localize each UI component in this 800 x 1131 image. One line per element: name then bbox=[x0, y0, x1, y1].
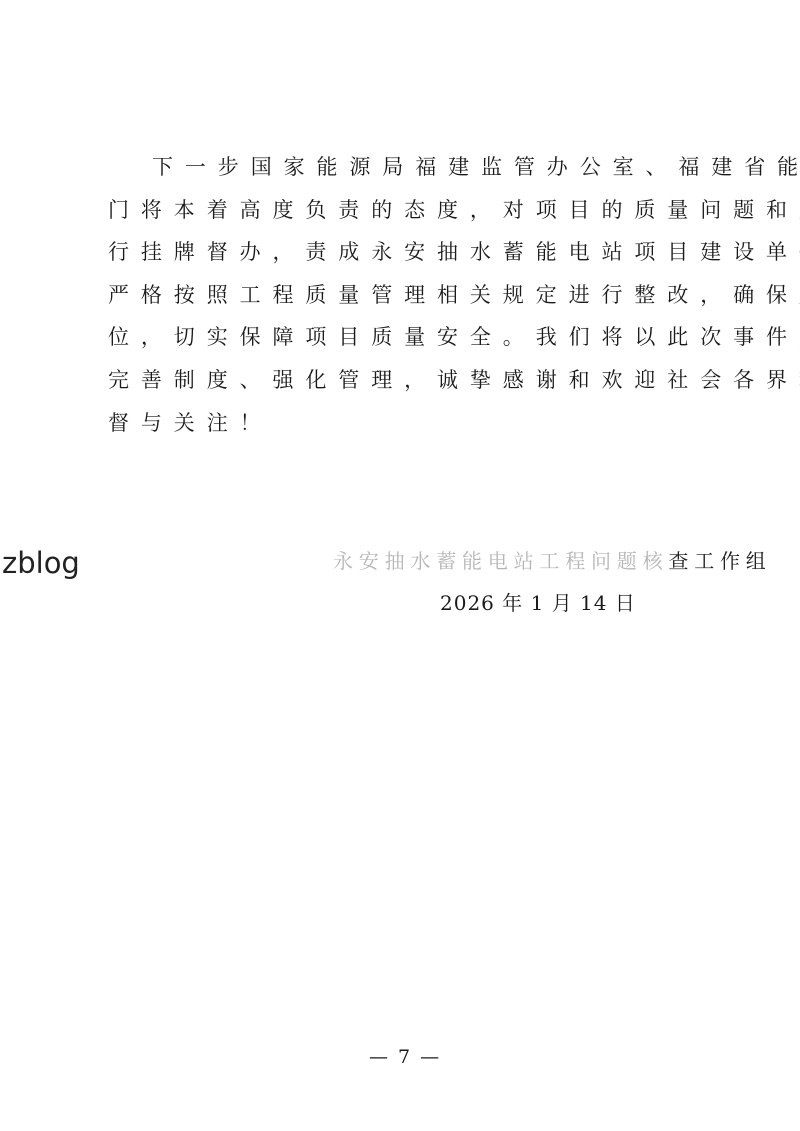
signature: 永安抽水蓄能电站工程问题核查工作组 bbox=[333, 546, 772, 576]
paragraph-line-1: 下一步国家能源局福建监管办公室、福建省能源局等相关部 bbox=[108, 146, 708, 189]
paragraph-line-5: 位，切实保障项目质量安全。我们将以此次事件为镜，持之以恒 bbox=[108, 316, 708, 359]
paragraph-line-4: 严格按照工程质量管理相关规定进行整改，确保所有问题整改到 bbox=[108, 274, 708, 317]
paragraph-line-7: 督与关注！ bbox=[108, 402, 708, 445]
signature-date: 2026 年 1 月 14 日 bbox=[440, 588, 636, 618]
paragraph-line-3: 行挂牌督办，责成永安抽水蓄能电站项目建设单位和参建单位， bbox=[108, 231, 708, 274]
page-number: — 7 — bbox=[369, 1046, 439, 1068]
paragraph-line-6: 完善制度、强化管理，诚挚感谢和欢迎社会各界和新闻媒体的监 bbox=[108, 359, 708, 402]
signature-dark-part: 查工作组 bbox=[668, 549, 771, 573]
watermark-text: zblog bbox=[2, 546, 80, 580]
paragraph-line-2: 门将本着高度负责的态度，对项目的质量问题和风险隐患整改实 bbox=[108, 189, 708, 232]
signature-faded-part: 永安抽水蓄能电站工程问题核 bbox=[333, 549, 668, 573]
body-paragraph: 下一步国家能源局福建监管办公室、福建省能源局等相关部 门将本着高度负责的态度，对… bbox=[108, 146, 708, 444]
